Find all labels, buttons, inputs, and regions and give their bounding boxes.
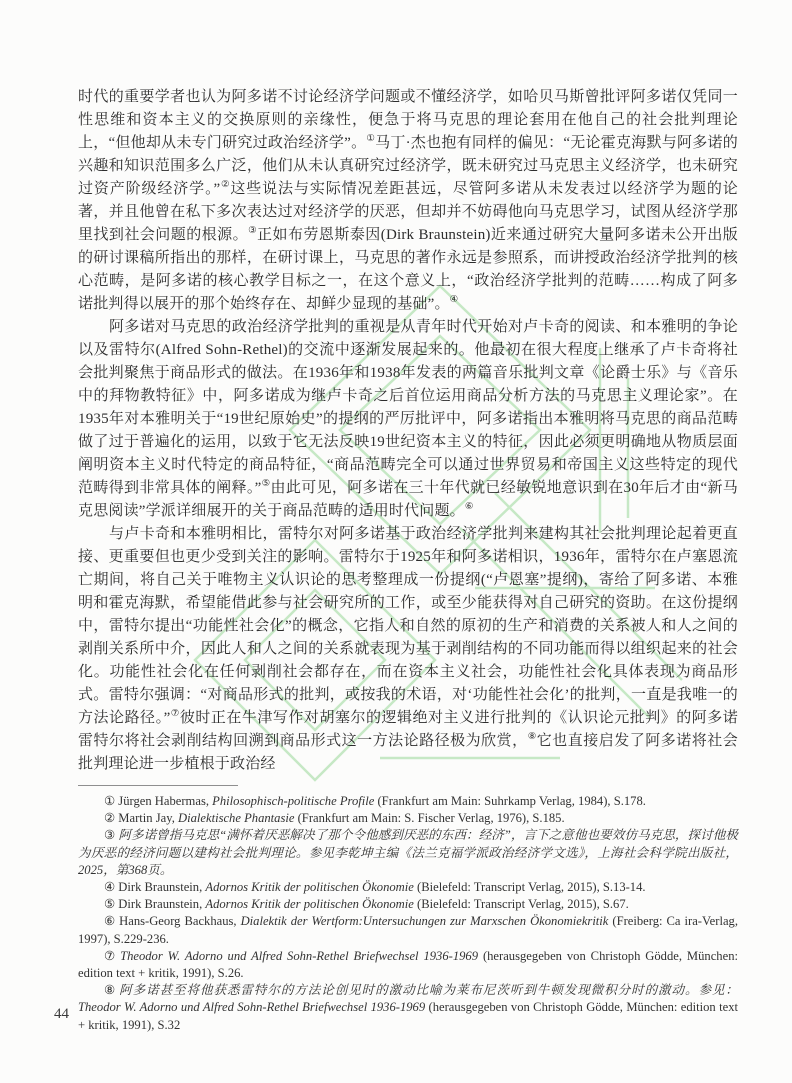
footnote-item: ④Dirk Braunstein, Adornos Kritik der pol… [78, 879, 738, 896]
text-run: Hans-Georg Backhaus, [119, 914, 240, 928]
footnote-marker: ⑥ [465, 502, 474, 512]
text-run: Dirk Braunstein, [118, 880, 205, 894]
text-run: 阿多诺甚至将他获悉雷特尔的方法论创见时的激动比喻为莱布尼茨听到牛顿发现微积分时的… [119, 983, 738, 997]
article-body: 时代的重要学者也认为阿多诺不讨论经济学问题或不懂经济学，如哈贝马斯曾批评阿多诺仅… [78, 86, 738, 776]
footnote-item: ⑥Hans-Georg Backhaus, Dialektik der Wert… [78, 913, 738, 947]
text-run: Dialektische Phantasie [178, 811, 294, 825]
footnotes-section: ①Jürgen Habermas, Philosophisch-politisc… [78, 793, 738, 1034]
footnote-number: ⑧ [104, 983, 116, 997]
footnote-marker: ③ [248, 226, 257, 236]
text-run: 与卢卡奇和本雅明相比，雷特尔对阿多诺基于政治经济学批判来建构其社会批判理论起着更… [78, 526, 738, 726]
text-run: (Frankfurt am Main: S. Fischer Verlag, 1… [294, 811, 564, 825]
text-run: 阿多诺对马克思的政治经济学批判的重视是从青年时代开始对卢卡奇的阅读、和本雅明的争… [78, 319, 738, 496]
paragraph: 时代的重要学者也认为阿多诺不讨论经济学问题或不懂经济学，如哈贝马斯曾批评阿多诺仅… [78, 86, 738, 316]
footnote-item: ②Martin Jay, Dialektische Phantasie (Fra… [78, 810, 738, 827]
footnote-separator [78, 785, 238, 786]
footnote-number: ⑦ [104, 949, 117, 963]
footnote-number: ① [104, 794, 115, 808]
footnote-marker: ① [366, 134, 375, 144]
text-run: (Frankfurt am Main: Suhrkamp Verlag, 198… [374, 794, 646, 808]
footnote-number: ⑥ [104, 914, 116, 928]
footnote-item: ⑦Theodor W. Adorno und Alfred Sohn-Rethe… [78, 948, 738, 982]
page-number: 44 [54, 1006, 69, 1023]
paragraph: 阿多诺对马克思的政治经济学批判的重视是从青年时代开始对卢卡奇的阅读、和本雅明的争… [78, 316, 738, 523]
footnote-item: ③阿多诺曾指马克思“满怀着厌恶解决了那个令他感到厌恶的东西：经济”，言下之意他也… [78, 827, 738, 879]
text-run: Adornos Kritik der politischen Ökonomie [205, 897, 413, 911]
footnote-number: ③ [104, 828, 115, 842]
text-run: Dirk Braunstein, [118, 897, 205, 911]
footnote-item: ①Jürgen Habermas, Philosophisch-politisc… [78, 793, 738, 810]
footnote-item: ⑧阿多诺甚至将他获悉雷特尔的方法论创见时的激动比喻为莱布尼茨听到牛顿发现微积分时… [78, 982, 738, 1034]
text-run: Philosophisch-politische Profile [212, 794, 374, 808]
footnote-number: ⑤ [104, 897, 115, 911]
paragraph: 与卢卡奇和本雅明相比，雷特尔对阿多诺基于政治经济学批判来建构其社会批判理论起着更… [78, 523, 738, 776]
text-run: (Bielefeld: Transcript Verlag, 2015), S.… [414, 897, 629, 911]
text-run: (Bielefeld: Transcript Verlag, 2015), S.… [414, 880, 646, 894]
footnote-item: ⑤Dirk Braunstein, Adornos Kritik der pol… [78, 896, 738, 913]
text-run: 阿多诺曾指马克思“满怀着厌恶解决了那个令他感到厌恶的东西：经济”，言下之意他也要… [78, 828, 738, 876]
text-run: Jürgen Habermas, [118, 794, 212, 808]
text-run: Dialektik der Wertform:Untersuchungen zu… [241, 914, 609, 928]
text-run: Martin Jay, [118, 811, 178, 825]
text-run: Theodor W. Adorno und Alfred Sohn-Rethel… [120, 949, 478, 963]
text-run: Adornos Kritik der politischen Ökonomie [205, 880, 413, 894]
footnote-number: ④ [104, 880, 115, 894]
footnote-number: ② [104, 811, 115, 825]
document-page: 时代的重要学者也认为阿多诺不讨论经济学问题或不懂经济学，如哈贝马斯曾批评阿多诺仅… [0, 0, 792, 1083]
footnote-marker: ⑦ [170, 709, 179, 719]
text-run: Theodor W. Adorno und Alfred Sohn-Rethel… [78, 1000, 425, 1014]
footnote-marker: ⑤ [262, 479, 271, 489]
footnote-marker: ④ [450, 295, 459, 305]
footnote-marker: ⑧ [528, 732, 537, 742]
footnote-marker: ② [220, 180, 230, 190]
article-content: 时代的重要学者也认为阿多诺不讨论经济学问题或不懂经济学，如哈贝马斯曾批评阿多诺仅… [78, 86, 738, 1034]
